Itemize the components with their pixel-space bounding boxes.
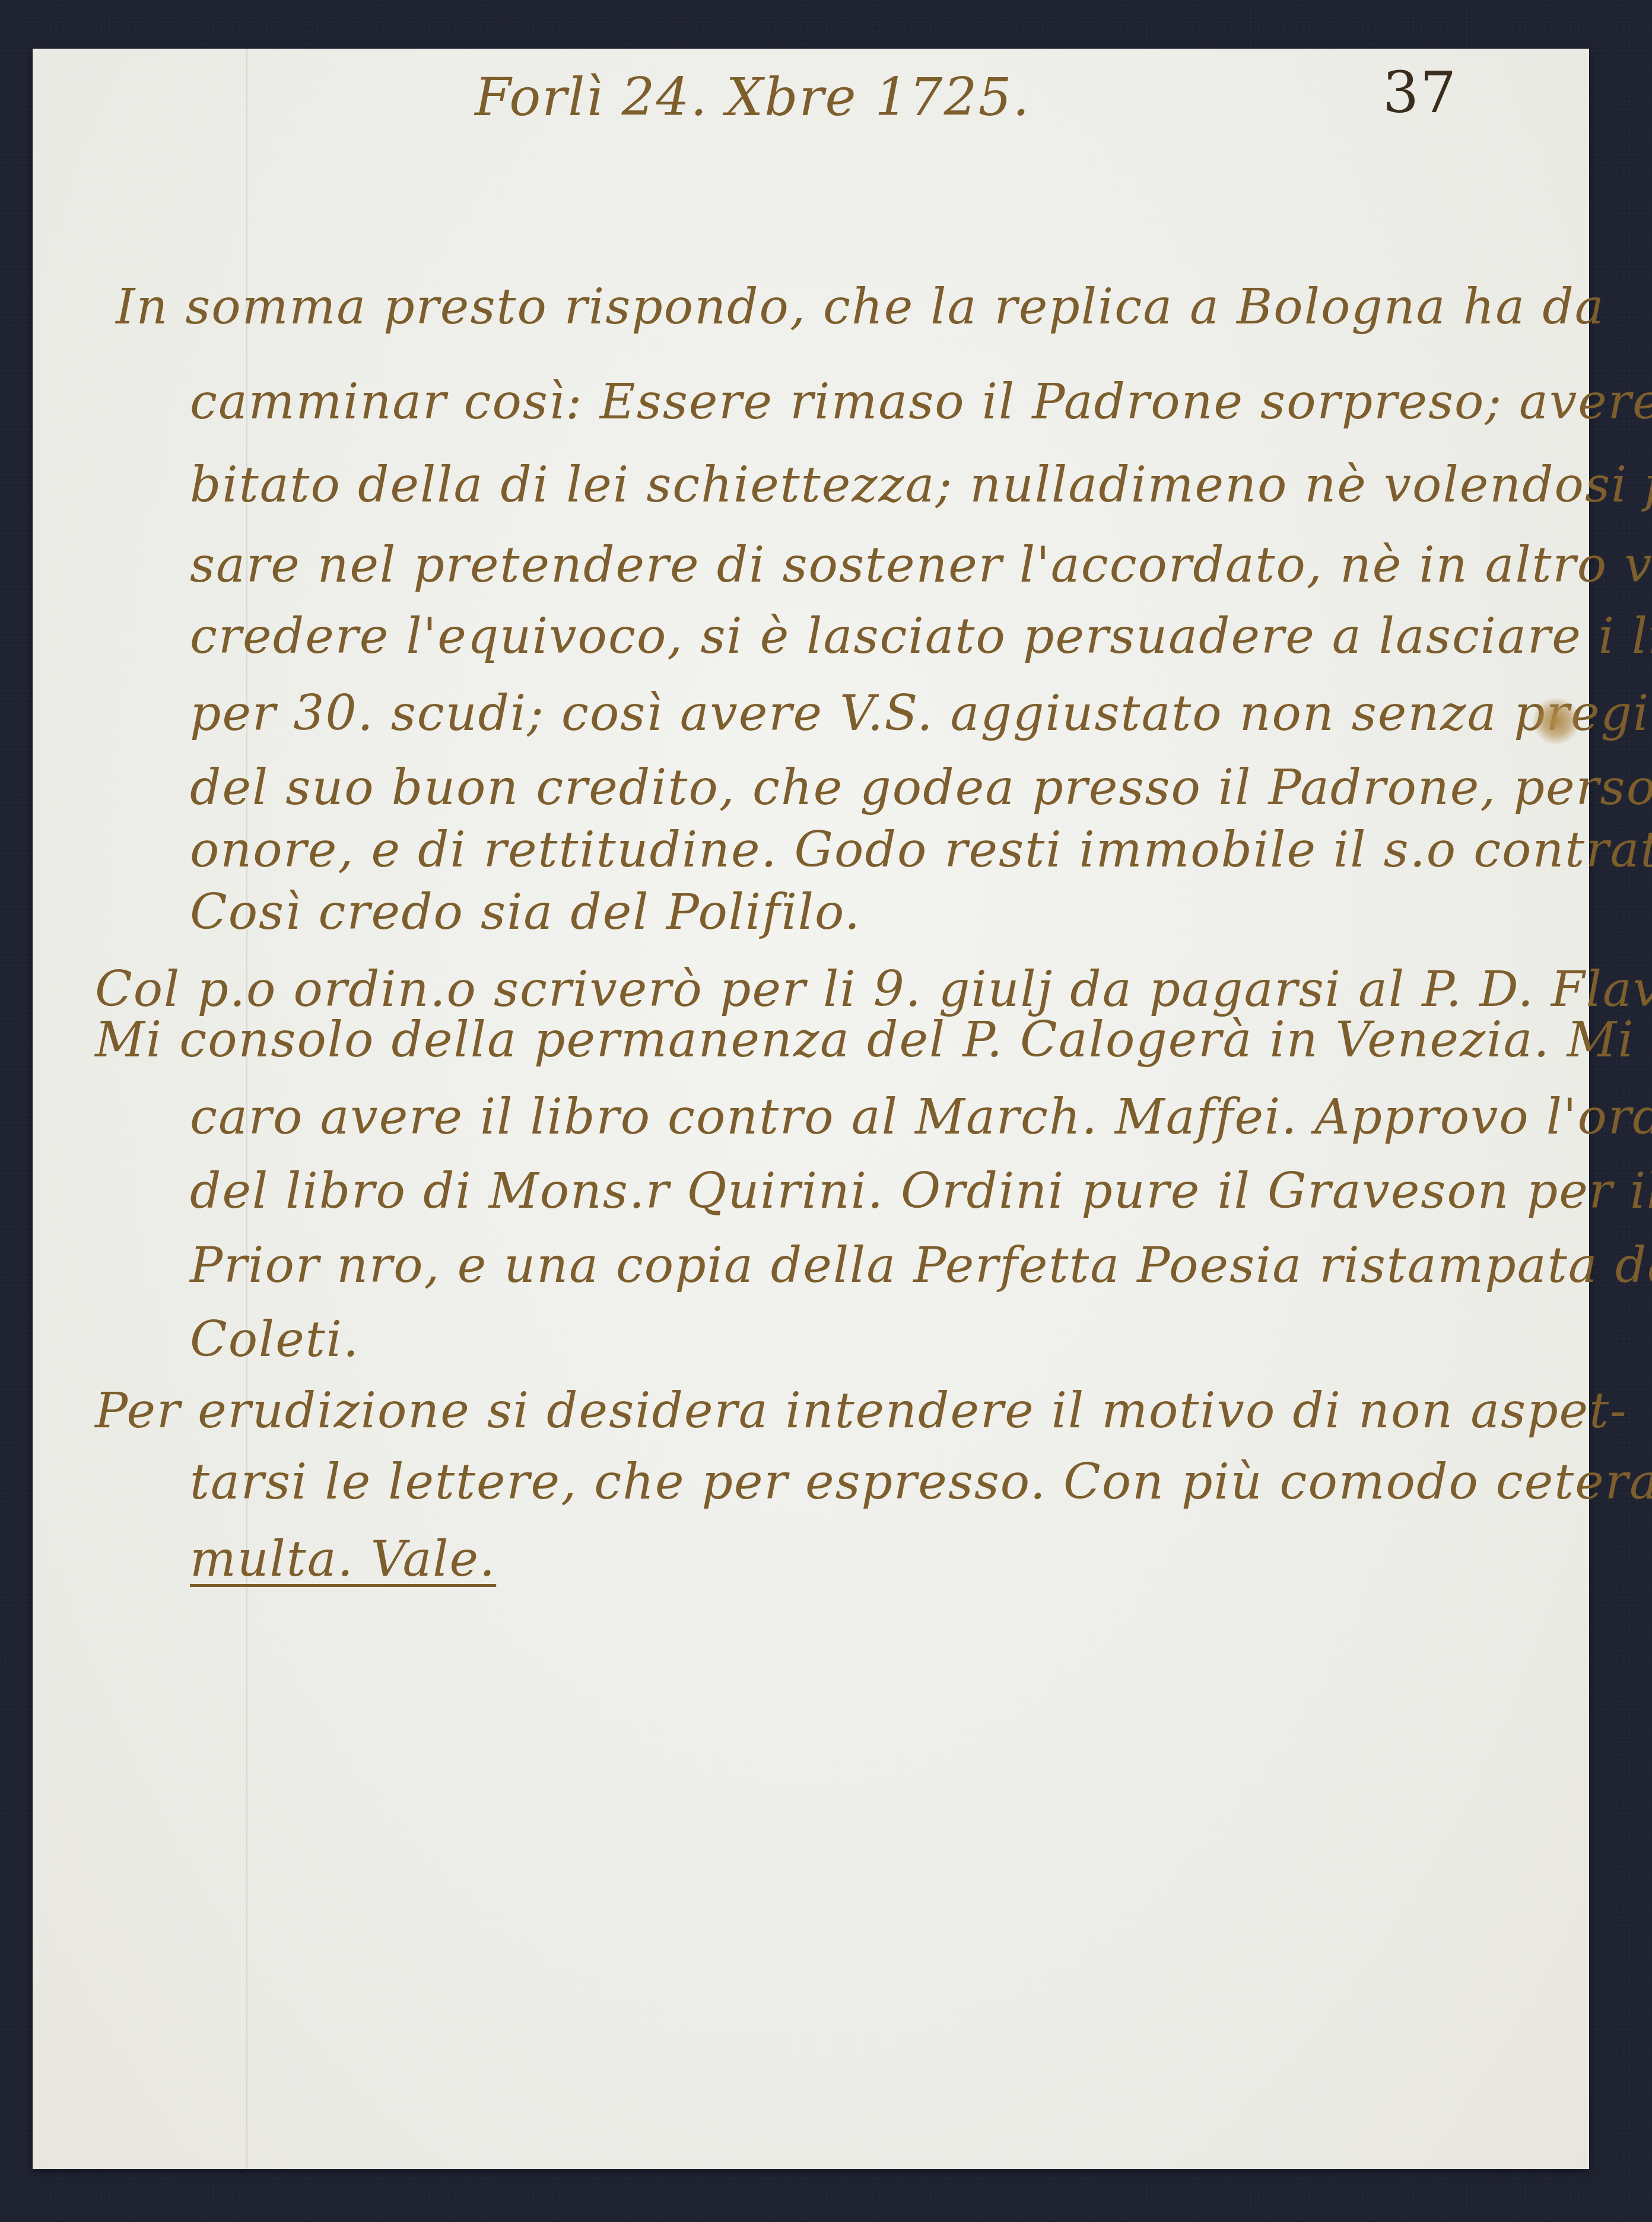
folio-number: 37 [1383, 59, 1457, 126]
letter-line: del suo buon credito, che godea presso i… [190, 760, 1652, 816]
letter-line: sare nel pretendere di sostener l'accord… [190, 537, 1652, 593]
letter-line: tarsi le lettere, che per espresso. Con … [190, 1454, 1652, 1510]
letter-line: Mi consolo della permanenza del P. Calog… [95, 1012, 1652, 1068]
letter-line: per 30. scudi; così avere V.S. aggiustat… [190, 685, 1652, 742]
place-date-heading: Forlì 24. Xbre 1725. [475, 66, 1031, 128]
letter-line: caro avere il libro contro al March. Maf… [190, 1089, 1652, 1145]
letter-line: In somma presto rispondo, che la replica… [116, 279, 1605, 335]
letter-line: Coleti. [190, 1312, 360, 1368]
ink-blot [1531, 697, 1581, 745]
letter-line: Per erudizione si desidera intendere il … [95, 1383, 1628, 1439]
letter-line: onore, e di rettitudine. Godo resti immo… [190, 822, 1652, 878]
letter-closing: multa. Vale. [190, 1531, 496, 1588]
letter-line: credere l'equivoco, si è lasciato persua… [190, 608, 1652, 665]
letter-line: bitato della di lei schiettezza; nulladi… [190, 457, 1652, 513]
letter-line: Col p.o ordin.o scriverò per li 9. giulj… [95, 961, 1652, 1018]
letter-line: del libro di Mons.r Quirini. Ordini pure… [190, 1163, 1652, 1220]
letter-line: Così credo sia del Polifilo. [190, 884, 861, 941]
letter-line: camminar così: Essere rimaso il Padrone … [190, 374, 1652, 430]
letter-line: Prior nro, e una copia della Perfetta Po… [190, 1237, 1652, 1294]
